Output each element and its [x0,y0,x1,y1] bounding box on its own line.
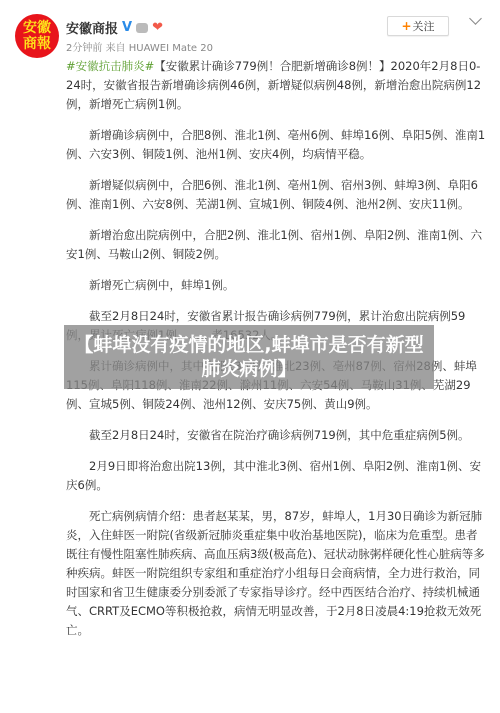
chevron-down-icon[interactable] [469,12,482,25]
heart-badge-icon: ❤ [152,20,163,35]
post-header: 安徽 商報 安徽商报 V ❤ 2分钟前 来自 HUAWEI Mate 20 + … [0,0,500,56]
title-overlay-banner: 【蚌埠没有疫情的地区,蚌埠市是否有新型肺炎病例】 [64,325,434,389]
post-timestamp[interactable]: 2分钟前 [66,43,102,54]
verified-icon: V [122,20,132,35]
avatar-text-line-2: 商報 [23,36,51,52]
post-paragraph: 截至2月8日24时，安徽省在院治疗确诊病例719例，其中危重症病例5例。 [66,426,486,445]
topic-hashtag-link[interactable]: #安徽抗击肺炎# [66,59,154,73]
follow-label: 关注 [413,18,435,34]
post-paragraph: 新增治愈出院病例中，合肥2例、淮北1例、宿州1例、阜阳2例、淮南1例、六安1例、… [66,226,486,264]
post-paragraph: 新增死亡病例中，蚌埠1例。 [66,276,486,295]
post-source: 来自 HUAWEI Mate 20 [106,43,213,54]
avatar[interactable]: 安徽 商報 [15,14,59,58]
post-paragraph: 新增确诊病例中，合肥8例、淮北1例、亳州6例、蚌埠16例、阜阳5例、淮南1例、六… [66,126,486,164]
post-meta: 2分钟前 来自 HUAWEI Mate 20 [66,39,213,54]
post-paragraph: 死亡病例病情介绍：患者赵某某，男，87岁，蚌埠人，1月30日确诊为新冠肺炎，入住… [66,507,486,640]
author-row: 安徽商报 V ❤ [66,18,163,37]
plus-icon: + [401,19,411,33]
follow-button[interactable]: + 关注 [387,16,449,36]
overlay-title: 【蚌埠没有疫情的地区,蚌埠市是否有新型肺炎病例】 [74,333,424,381]
author-name[interactable]: 安徽商报 [66,18,118,37]
avatar-text-line-1: 安徽 [23,20,51,36]
post-paragraph: 新增疑似病例中，合肥6例、淮北1例、亳州1例、宿州3例、蚌埠3例、阜阳6例、淮南… [66,176,486,214]
member-crown-icon [136,23,148,33]
post-paragraph: 2月9日即将治愈出院13例，其中淮北3例、宿州1例、阜阳2例、淮南1例、安庆6例… [66,457,486,495]
post-paragraph-lead: #安徽抗击肺炎#【安徽累计确诊779例！合肥新增确诊8例！】2020年2月8日0… [66,57,486,114]
